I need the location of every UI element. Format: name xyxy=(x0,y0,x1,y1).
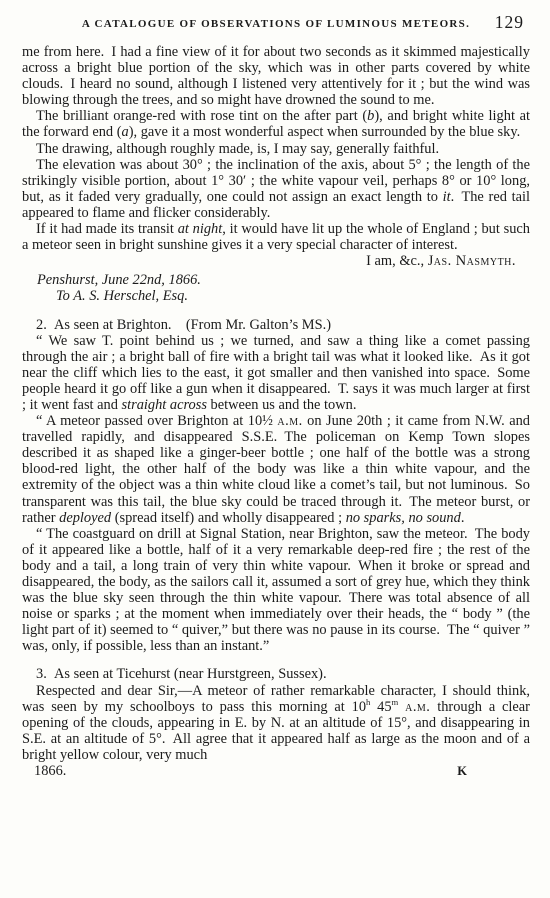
header-title: A CATALOGUE OF OBSERVATIONS OF LUMINOUS … xyxy=(22,11,530,30)
text-segment: 2. As seen at Brighton. (From Mr. Galton… xyxy=(36,317,331,333)
text-segment: (spread itself) and wholly disappeared ; xyxy=(111,510,346,526)
text-segment: it xyxy=(443,189,451,205)
text-segment: a xyxy=(122,124,129,140)
para-brighton-1: “ We saw T. point behind us ; we turned,… xyxy=(22,333,530,413)
text-segment: me from here. I had a fine view of it fo… xyxy=(22,44,530,108)
text-segment: deployed xyxy=(59,510,111,526)
text-segment: . xyxy=(461,510,465,526)
text-segment: no sparks, no sound xyxy=(346,510,461,526)
text-segment: The drawing, although roughly made, is, … xyxy=(36,141,439,157)
text-segment: 3. As seen at Ticehurst (near Hurstgreen… xyxy=(36,666,327,682)
text-segment: Penshurst, June 22nd, 1866. xyxy=(37,272,201,288)
text-segment: between us and the town. xyxy=(207,397,356,413)
dateline-addressee: To A. S. Herschel, Esq. xyxy=(56,288,530,304)
signature-mark: K xyxy=(457,764,468,779)
text-segment: ), gave it a most wonderful aspect when … xyxy=(129,124,521,140)
text-segment: To A. S. Herschel, Esq. xyxy=(56,288,188,304)
book-page: A CATALOGUE OF OBSERVATIONS OF LUMINOUS … xyxy=(0,0,550,898)
text-segment: straight across xyxy=(122,397,207,413)
text-segment: “ A meteor passed over Brighton at 10½ xyxy=(36,413,277,429)
para-ticehurst: Respected and dear Sir,—A meteor of rath… xyxy=(22,683,530,763)
para-brighton-2: “ A meteor passed over Brighton at 10½ a… xyxy=(22,413,530,526)
footer-year: 1866. xyxy=(34,763,66,780)
para-drawing: The drawing, although roughly made, is, … xyxy=(22,141,530,157)
para-aspect: The brilliant orange-red with rose tint … xyxy=(22,108,530,140)
para-elevation: The elevation was about 30° ; the inclin… xyxy=(22,157,530,221)
text-segment: I am, &c., xyxy=(366,253,428,269)
running-header: A CATALOGUE OF OBSERVATIONS OF LUMINOUS … xyxy=(22,11,530,37)
signature-line: I am, &c., Jas. Nasmyth. xyxy=(22,253,530,269)
text-segment: at night xyxy=(178,221,223,237)
dateline-place: Penshurst, June 22nd, 1866. xyxy=(37,272,530,288)
text-segment: 45 xyxy=(370,699,391,715)
section-3-heading: 3. As seen at Ticehurst (near Hurstgreen… xyxy=(22,666,530,682)
para-opening: me from here. I had a fine view of it fo… xyxy=(22,44,530,108)
text-segment: a.m. xyxy=(405,699,430,715)
text-segment: a.m. xyxy=(277,413,302,429)
para-brighton-3: “ The coastguard on drill at Signal Stat… xyxy=(22,526,530,655)
text-segment: Jas. Nasmyth. xyxy=(428,253,516,269)
page-number: 129 xyxy=(495,12,524,33)
page-body: me from here. I had a fine view of it fo… xyxy=(22,44,530,763)
para-night: If it had made its transit at night, it … xyxy=(22,221,530,253)
page-footer: 1866. K xyxy=(22,763,530,780)
text-segment: If it had made its transit xyxy=(36,221,178,237)
text-segment: “ The coastguard on drill at Signal Stat… xyxy=(22,526,530,655)
text-segment: The brilliant orange-red with rose tint … xyxy=(36,108,367,124)
section-2-heading: 2. As seen at Brighton. (From Mr. Galton… xyxy=(22,317,530,333)
